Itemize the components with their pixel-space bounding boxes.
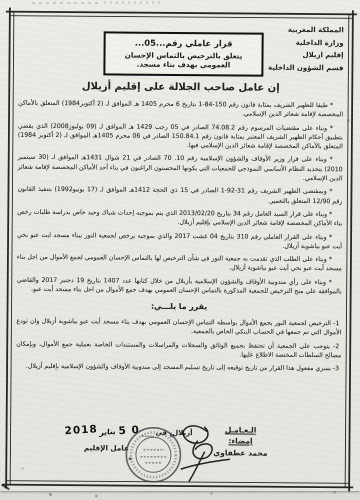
decree-content: المملكة المغربية وزارة الداخلية إقليم از…	[12, 18, 347, 486]
decree-intro: يقرر ما يلـــي:	[17, 300, 342, 314]
dotted-leader	[141, 429, 153, 436]
preamble-paragraph: * وبناء على رأي مندوبية الأوقاف والشؤون …	[17, 275, 342, 296]
governor-salutation: إن عامل صاحب الجلالة على إقليم أزيلال	[15, 81, 346, 95]
decree-subject-line: يتعلق بالترخيص بالتماس الإحسان العمومي ب…	[110, 50, 256, 69]
handwritten-year: 2018	[64, 424, 98, 437]
header-division: قسم الشؤون الداخلية	[268, 61, 344, 74]
decree-title-box: قرار عاملي رقم...05... يتعلق بالترخيص با…	[103, 31, 263, 76]
issuer-title: عامل الإقليم	[60, 443, 152, 453]
scan-noise-speckles	[0, 0, 1, 1]
decree-body: * طبقا للظهير الشريف بمثابة قانون رقم 15…	[16, 99, 343, 378]
place-label: أزيلال، في	[155, 428, 192, 436]
signer-role: الـعـامـل	[193, 424, 289, 436]
preamble-paragraph: * وبمقتضى الظهير الشريف رقم 31-92-1 الصا…	[17, 185, 342, 206]
preamble-paragraph: * وبناء على الطلب الذي تقدمت به جمعية ال…	[17, 253, 342, 274]
handwritten-month: يناير	[100, 428, 116, 437]
place-date-line: أزيلال، في 0 5 يناير 2018	[25, 425, 193, 437]
signature-label: إمضاء:	[192, 435, 288, 447]
scanned-decree-page: المملكة المغربية وزارة الداخلية إقليم از…	[0, 0, 360, 500]
article-2: 2- يتوجب على الجمعية أن تحتفظ بجميع الوث…	[16, 339, 341, 360]
ministry-header: المملكة المغربية وزارة الداخلية إقليم از…	[268, 24, 344, 75]
signer-name: محمد عطفاوي	[192, 447, 288, 459]
decree-number-line: قرار عاملي رقم...05...	[111, 37, 257, 48]
preamble-paragraph: * وبناء على مقتضيات المرسوم رقم 74.08.2 …	[18, 121, 343, 151]
header-kingdom: المملكة المغربية	[268, 24, 344, 37]
preamble-paragraph: * وبناء على القرار العاملي رقم 310 بتاري…	[17, 230, 342, 251]
handwritten-day: 0 5	[118, 425, 140, 437]
preamble-paragraph: * طبقا للظهير الشريف بمثابة قانون رقم 15…	[18, 99, 343, 120]
article-1: 1- الترخيص لجمعية النور بجمع الأموال بوا…	[16, 317, 341, 338]
preamble-paragraph: * وبناء على قرار السيد العامل رقم 34 بتا…	[17, 208, 342, 229]
signature-block: الـعـامـل إمضاء: محمد عطفاوي	[192, 424, 288, 459]
preamble-paragraph: * وبناء على قرار وزير الأوقاف والشؤون ال…	[18, 153, 343, 183]
header-ministry: وزارة الداخلية	[268, 36, 344, 49]
article-3: 3- يسري مفعول هذا القرار من تاريخ توقيعه…	[16, 362, 341, 374]
header-province: إقليم ازيلال	[268, 49, 344, 62]
